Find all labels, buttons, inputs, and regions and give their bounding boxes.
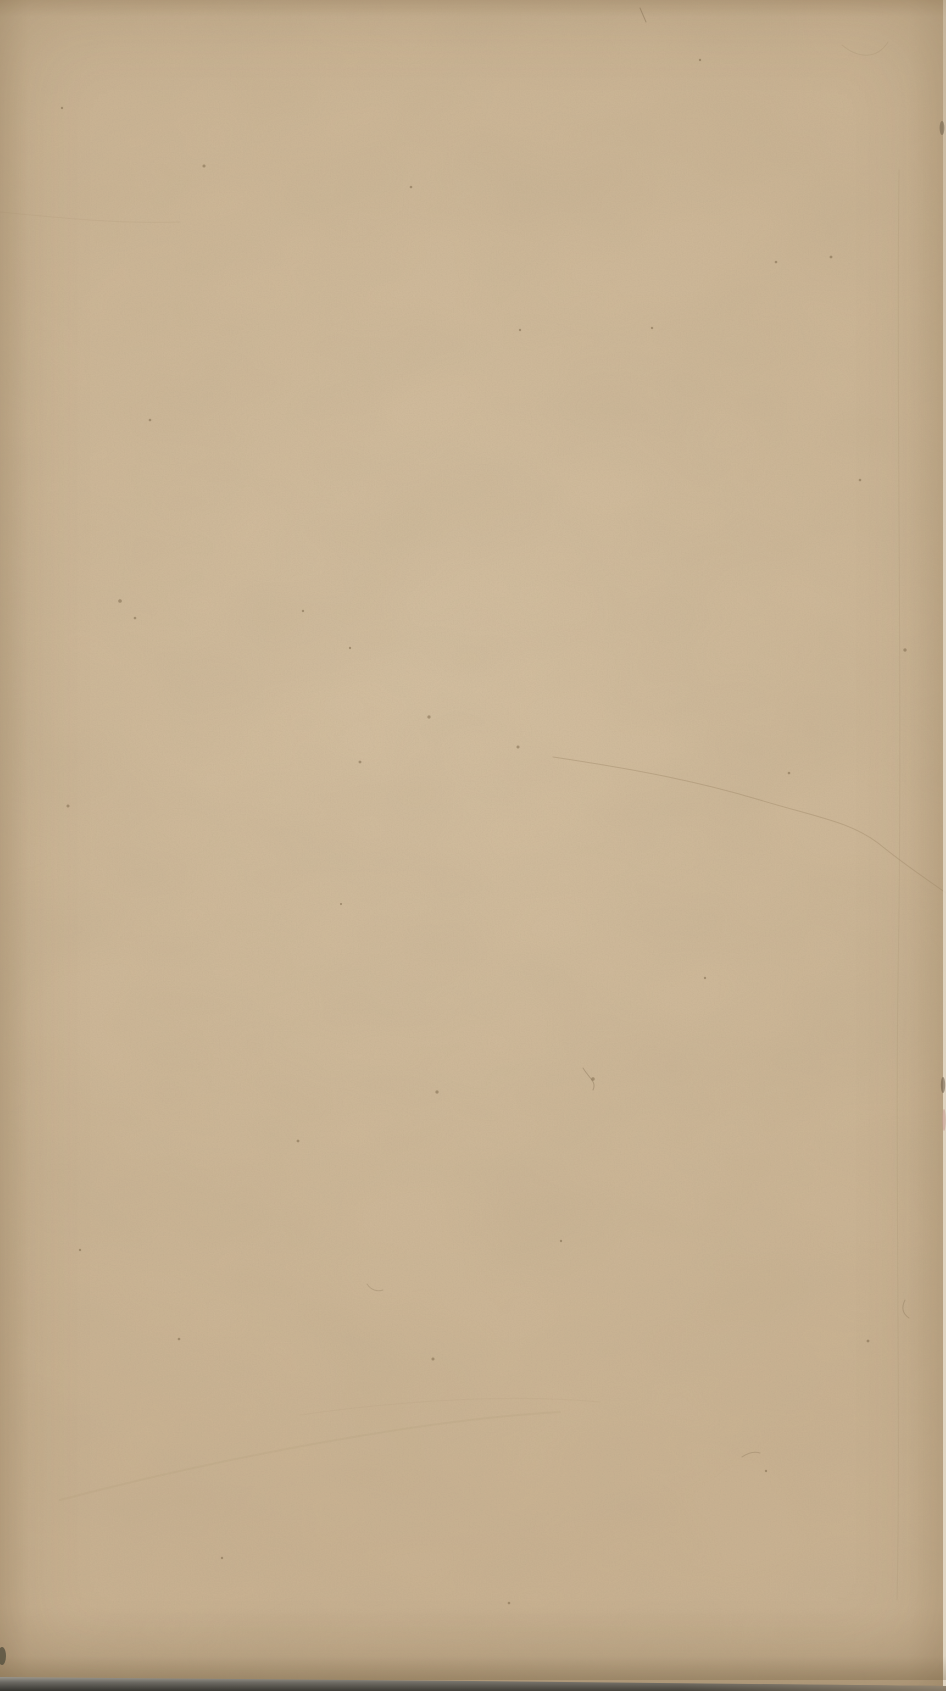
right-edge-smudge-top bbox=[940, 121, 945, 135]
right-edge-pink-mark bbox=[942, 1109, 946, 1131]
scanned-blank-page bbox=[0, 0, 946, 1691]
bottom-scan-edge bbox=[0, 1656, 946, 1691]
paper-grain-layer bbox=[0, 0, 946, 1691]
right-edge-smudge-middle bbox=[941, 1077, 945, 1093]
paper-texture-overlay bbox=[0, 0, 946, 1691]
